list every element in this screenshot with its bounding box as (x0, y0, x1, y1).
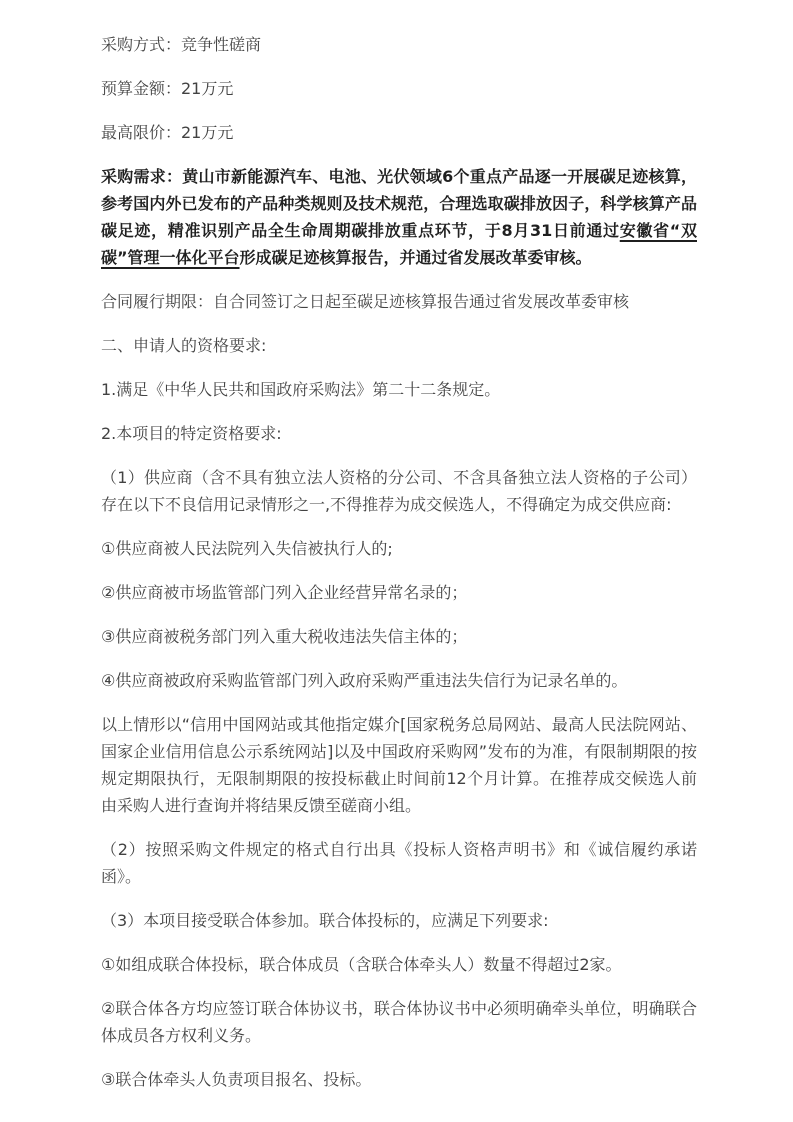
consortium-rule-1: ①如组成联合体投标，联合体成员（含联合体牵头人）数量不得超过2家。 (101, 951, 697, 978)
max-price-line: 最高限价：21万元 (101, 119, 697, 146)
requirements-text-run-end: 形成碳足迹核算报告，并通过省发展改革委审核。 (240, 248, 592, 267)
supplier-bad-credit-intro: （1）供应商（含不具有独立法人资格的分公司、不含具备独立法人资格的子公司）存在以… (101, 464, 697, 518)
document-body: 采购方式：竞争性磋商 预算金额：21万元 最高限价：21万元 采购需求：黄山市新… (101, 31, 697, 1093)
qualification-specific-heading: 2.本项目的特定资格要求: (101, 420, 697, 447)
budget-amount-line: 预算金额：21万元 (101, 75, 697, 102)
qualification-general-line: 1.满足《中华人民共和国政府采购法》第二十二条规定。 (101, 376, 697, 403)
contract-period-line: 合同履行期限：自合同签订之日起至碳足迹核算报告通过省发展改革委审核 (101, 288, 697, 315)
consortium-intro-paragraph: （3）本项目接受联合体参加。联合体投标的，应满足下列要求: (101, 907, 697, 934)
section-heading-applicant-qualifications: 二、申请人的资格要求: (101, 332, 697, 359)
bad-credit-item-1: ①供应商被人民法院列入失信被执行人的; (101, 535, 697, 562)
bad-credit-item-2: ②供应商被市场监管部门列入企业经营异常名录的； (101, 579, 697, 606)
procurement-method-line: 采购方式：竞争性磋商 (101, 31, 697, 58)
procurement-requirements-paragraph: 采购需求：黄山市新能源汽车、电池、光伏领域6个重点产品逐一开展碳足迹核算，参考国… (101, 163, 697, 271)
bad-credit-item-4: ④供应商被政府采购监管部门列入政府采购严重违法失信行为记录名单的。 (101, 667, 697, 694)
consortium-rule-3: ③联合体牵头人负责项目报名、投标。 (101, 1066, 697, 1093)
requirements-text-run: 采购需求：黄山市新能源汽车、电池、光伏领域6个重点产品逐一开展碳足迹核算，参考国… (101, 167, 697, 240)
bad-credit-item-3: ③供应商被税务部门列入重大税收违法失信主体的； (101, 623, 697, 650)
consortium-rule-2: ②联合体各方均应签订联合体协议书，联合体协议书中必须明确牵头单位，明确联合体成员… (101, 995, 697, 1049)
document-page: 采购方式：竞争性磋商 预算金额：21万元 最高限价：21万元 采购需求：黄山市新… (0, 0, 793, 1122)
credit-verification-paragraph: 以上情形以“信用中国网站或其他指定媒介[国家税务总局网站、最高人民法院网站、国家… (101, 711, 697, 819)
declaration-documents-paragraph: （2）按照采购文件规定的格式自行出具《投标人资格声明书》和《诚信履约承诺函》。 (101, 836, 697, 890)
